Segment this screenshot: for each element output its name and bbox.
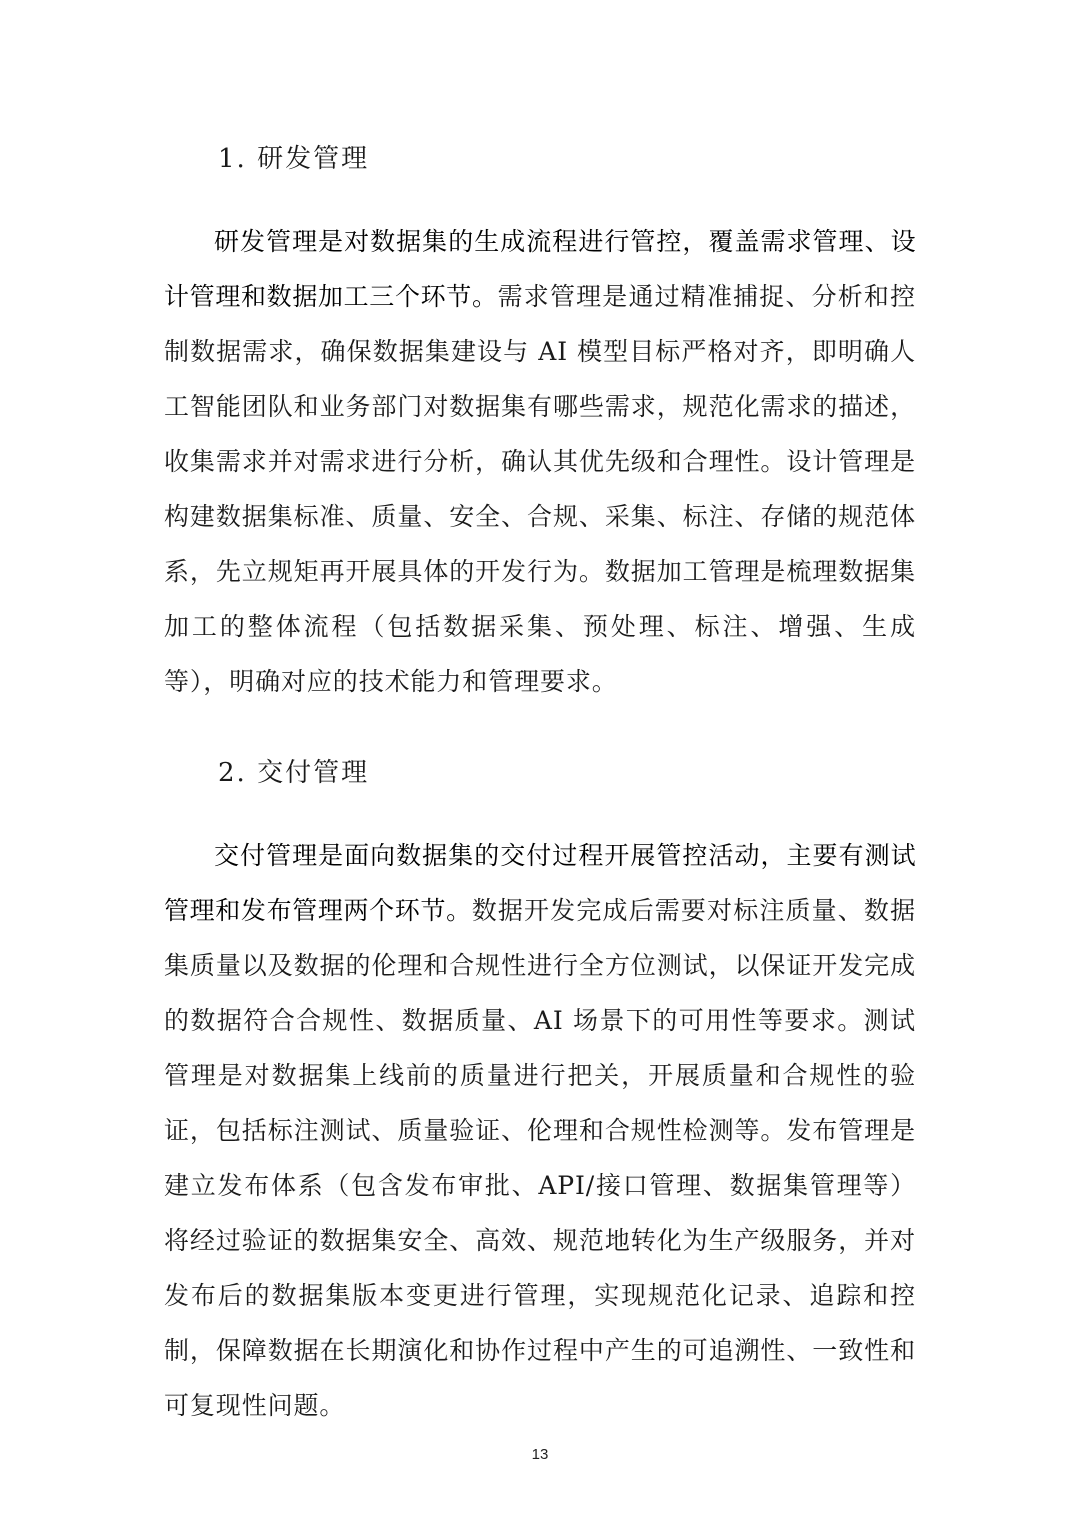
section-heading-delivery-management: 2. 交付管理	[218, 760, 369, 786]
paragraph-body: 数据开发完成后需要对标注质量、数据集质量以及数据的伦理和合规性进行全方位测试，以…	[164, 896, 916, 1420]
document-page: 1. 研发管理 研发管理是对数据集的生成流程进行管控，覆盖需求管理、设计管理和数…	[0, 0, 1080, 1526]
section-heading-rd-management: 1. 研发管理	[218, 146, 369, 172]
paragraph-body: 需求管理是通过精准捕捉、分析和控制数据需求，确保数据集建设与 AI 模型目标严格…	[164, 282, 916, 696]
section-paragraph-rd-management: 研发管理是对数据集的生成流程进行管控，覆盖需求管理、设计管理和数据加工三个环节。…	[164, 214, 916, 709]
page-number: 13	[0, 1446, 1080, 1463]
section-paragraph-delivery-management: 交付管理是面向数据集的交付过程开展管控活动，主要有测试管理和发布管理两个环节。数…	[164, 828, 916, 1433]
